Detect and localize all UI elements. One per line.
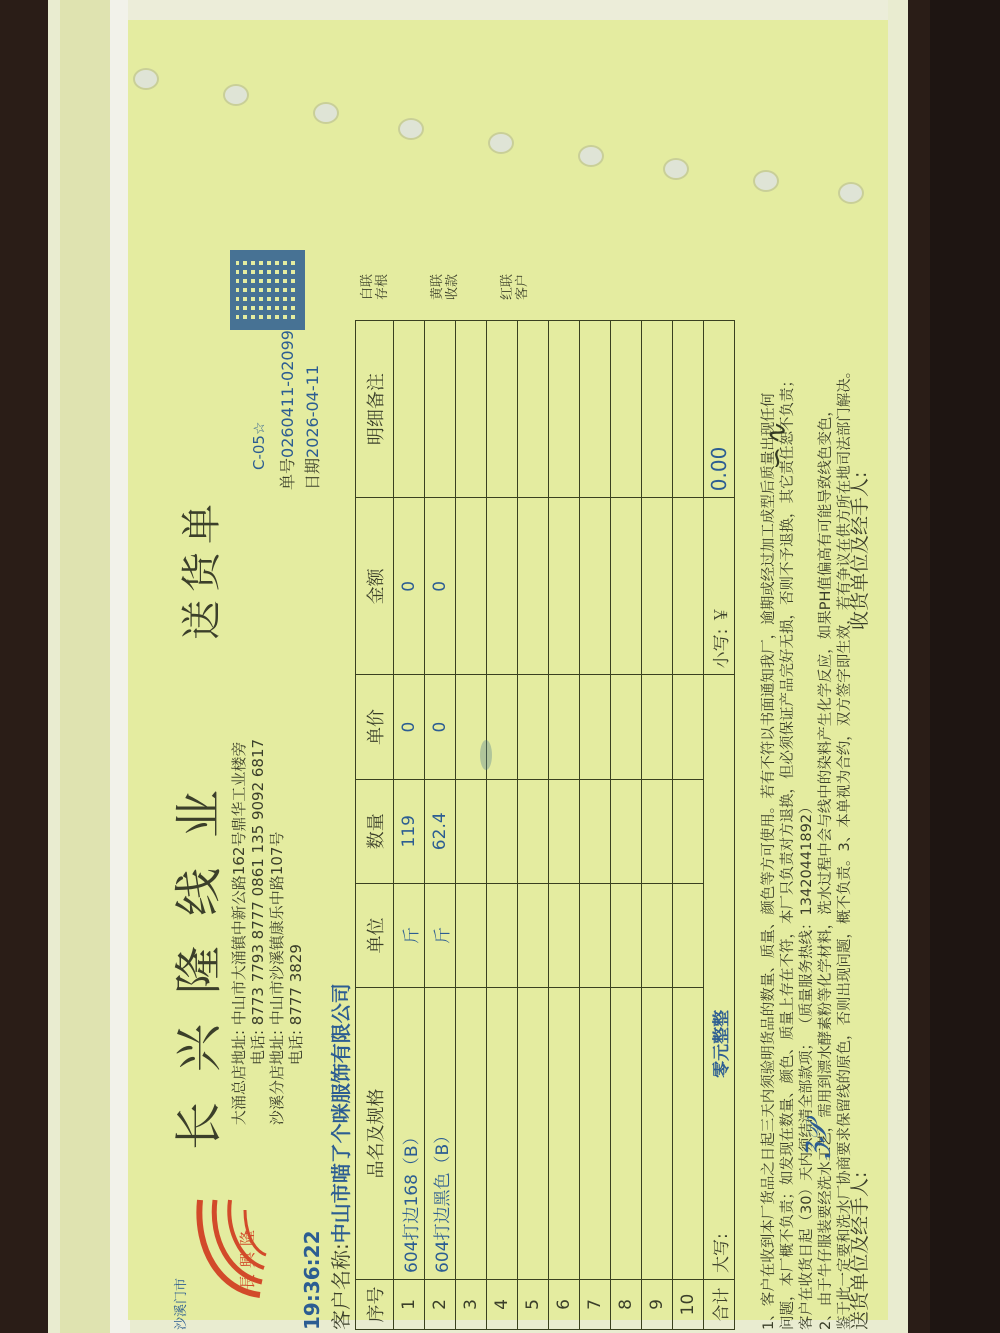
handwritten-scribble: ∽∿ (760, 423, 793, 470)
col-note: 明细备注 (356, 321, 394, 498)
col-price: 单价 (356, 675, 394, 779)
ink-smudge (480, 740, 492, 770)
total-upper-value: 零元整整 (712, 1010, 732, 1078)
copy-labels: 白联存根 黄联收款 红联客户 (360, 270, 570, 300)
stack-edge-white (110, 0, 130, 1333)
print-time: 19:36:22 (300, 1231, 324, 1331)
copy-label-red: 红联客户 (500, 270, 530, 300)
table-row: 6 (549, 321, 580, 1330)
signoff-row: 送货单位及经手人: 收货单位及经手人: (845, 230, 872, 1330)
col-amount: 金额 (356, 498, 394, 675)
terms-line: 问题，本厂概不负责；如发现在数量、颜色、质量上存在不符，本厂只负责对方退换，但必… (779, 180, 798, 1330)
col-qty: 数量 (356, 779, 394, 883)
total-upper: 大写: 零元整整 (704, 675, 735, 1280)
company-title: 长兴隆线业 (160, 760, 229, 1150)
punch-hole (313, 102, 339, 124)
col-unit: 单位 (356, 883, 394, 987)
form-code: C-05☆ (250, 422, 268, 470)
address-row: 沙溪分店地址: 中山市沙溪镇康乐中路107号 (268, 739, 287, 1130)
punch-hole (488, 132, 514, 154)
total-row: 合计 大写: 零元整整 小写: ￥ 0.00 (704, 321, 735, 1330)
total-label: 合计 (704, 1279, 735, 1329)
total-lower-value: 0.00 (707, 447, 731, 492)
punch-hole (398, 118, 424, 140)
perforation-strip (128, 20, 888, 100)
delivery-note-content: 沙溪门市 長興隆 19:36:22 长兴隆线业 送货单 大涌总店地址: 中山市大… (160, 180, 860, 1330)
table-row: 2 604打边黑色（B） 斤 62.4 0 0 (425, 321, 456, 1330)
table-row: 1 604打边168（B） 斤 119 0 0 (394, 321, 425, 1330)
address-row: 电话: 8777 3829 (287, 739, 306, 1130)
receiver-label: 收货单位及经手人: (845, 472, 872, 630)
col-name: 品名及规格 (356, 988, 394, 1280)
handwritten-signature: ℨ𝒫 (800, 1123, 834, 1160)
table-row: 7 (580, 321, 611, 1330)
total-lower: 0.00 (704, 321, 735, 498)
branch-tag: 沙溪门市 (170, 1278, 189, 1330)
table-row: 10 (673, 321, 704, 1330)
order-date: 日期2026-04-11 (300, 365, 323, 490)
punch-hole (133, 68, 159, 90)
punch-hole (223, 84, 249, 106)
table-row: 3 (456, 321, 487, 1330)
table-header-row: 序号 品名及规格 单位 数量 单价 金额 明细备注 (356, 321, 394, 1330)
table-row: 4 (487, 321, 518, 1330)
punch-hole (663, 158, 689, 180)
address-block: 大涌总店地址: 中山市大涌镇中新公路162号鼎华工业楼旁 电话: 8773 77… (230, 739, 306, 1130)
logo-area: 沙溪门市 長興隆 (160, 1180, 310, 1330)
address-row: 电话: 8773 7793 8777 0861 135 9092 6817 (249, 739, 268, 1130)
table-row: 8 (611, 321, 642, 1330)
customer-name: 客户名称:中山市喵了个咪服饰有限公司 (325, 983, 354, 1330)
col-no: 序号 (356, 1279, 394, 1329)
desk-surface (930, 0, 1000, 1333)
logo-text: 長興隆 (235, 1224, 258, 1290)
punch-hole (578, 145, 604, 167)
address-row: 大涌总店地址: 中山市大涌镇中新公路162号鼎华工业楼旁 (230, 739, 249, 1130)
table-row: 9 (642, 321, 673, 1330)
total-lower-label: 小写: ￥ (704, 498, 735, 675)
items-table: 序号 品名及规格 单位 数量 单价 金额 明细备注 1 604打边168（B） … (355, 320, 735, 1330)
order-number: 单号0260411-02099 (275, 330, 298, 490)
document-type: 送货单 (170, 496, 227, 640)
copy-label-yellow: 黄联收款 (430, 270, 460, 300)
sender-label: 送货单位及经手人: (849, 1172, 871, 1330)
qr-code-icon (230, 250, 305, 330)
terms-line: 1、客户在收到本厂货品之日起三天内须验明货品的数量、质量、颜色等方可使用。若有不… (760, 180, 779, 1330)
table-row: 5 (518, 321, 549, 1330)
copy-label-white: 白联存根 (360, 270, 390, 300)
